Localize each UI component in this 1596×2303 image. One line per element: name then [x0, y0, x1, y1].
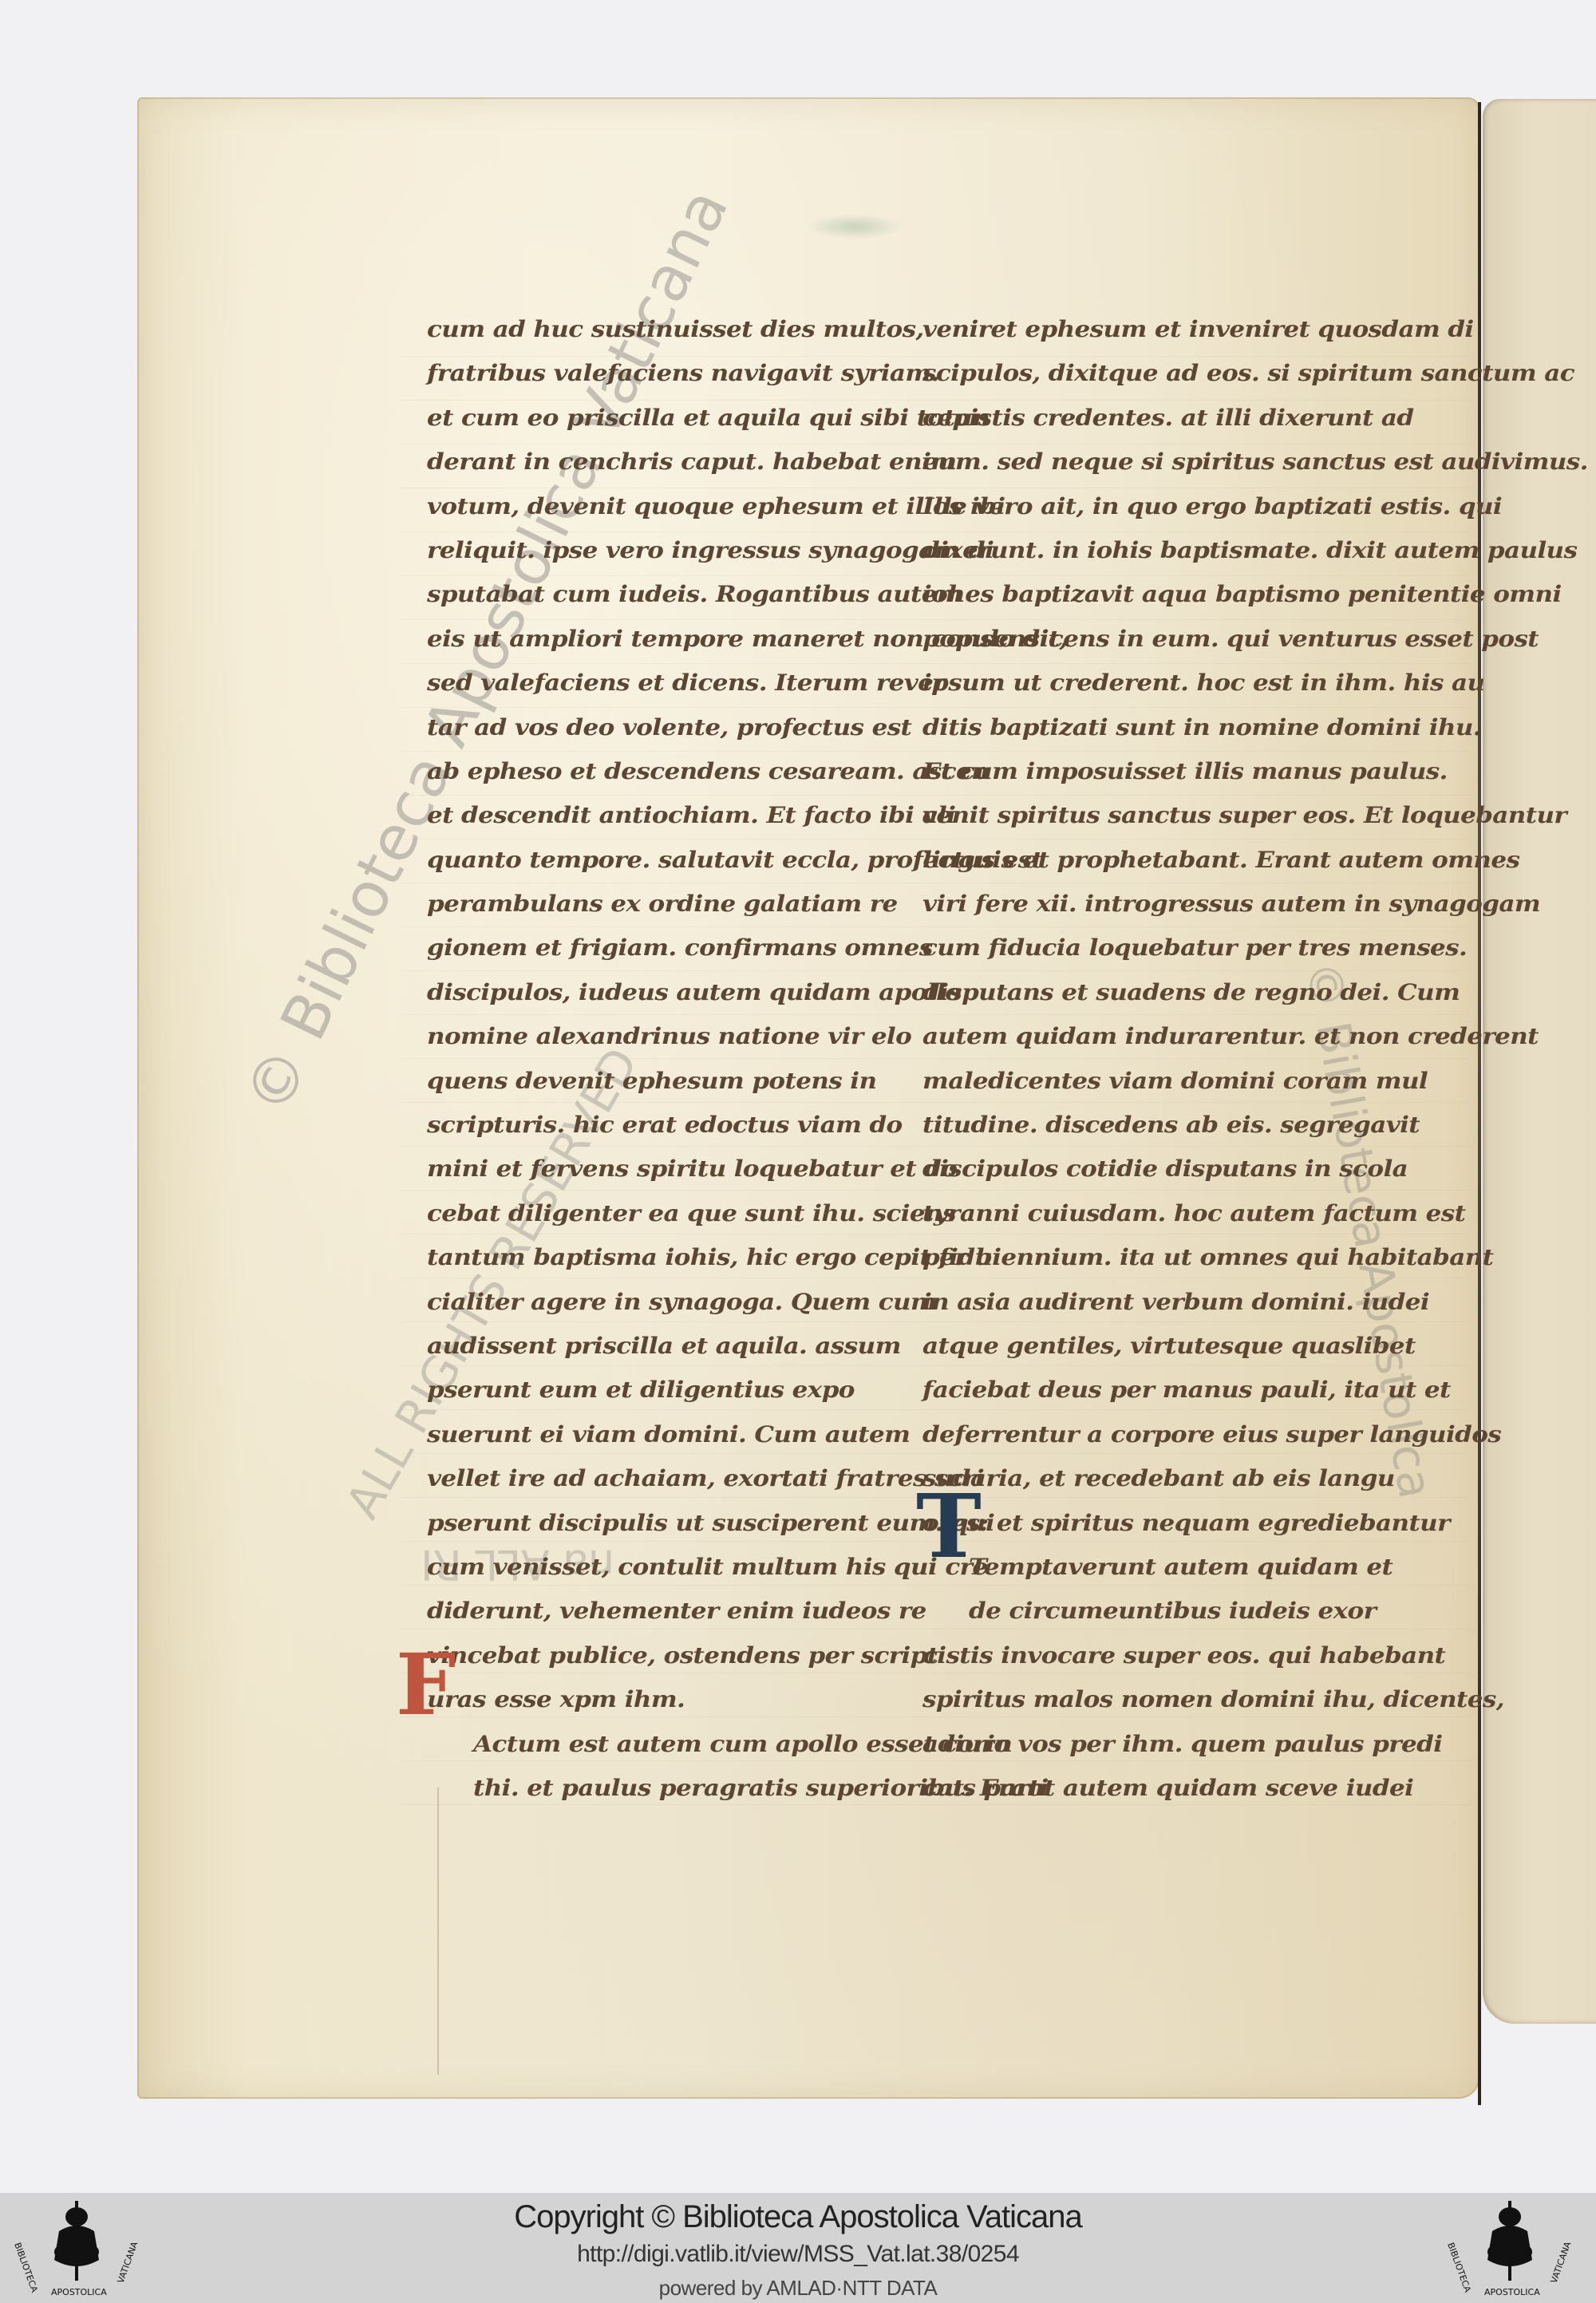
- text-line: adiuro vos per ihm. quem paulus predi: [922, 1724, 1393, 1764]
- decorated-initial-blue: T: [916, 1483, 982, 1570]
- text-line: eis ut ampliori tempore maneret non cons…: [427, 620, 898, 660]
- text-line: vellet ire ad achaiam, exortati fratres …: [427, 1460, 898, 1499]
- text-line: ditis baptizati sunt in nomine domini ih…: [922, 708, 1393, 748]
- text-line: diderunt, vehementer enim iudeos re: [427, 1592, 898, 1632]
- text-line: Actum est autem cum apollo esset corin: [427, 1724, 898, 1764]
- text-line: cat. Erant autem quidam sceve iudei: [922, 1769, 1393, 1809]
- text-line: fratribus valefaciens navigavit syriam.: [427, 354, 898, 394]
- text-line: vincebat publice, ostendens per script: [427, 1636, 898, 1676]
- text-line: spiritus malos nomen domini ihu, dicente…: [922, 1681, 1393, 1720]
- binding-gutter: [1478, 102, 1481, 2105]
- text-line: tar ad vos deo volente, profectus est: [427, 708, 898, 748]
- text-line: cum fiducia loquebatur per tres menses.: [922, 929, 1393, 969]
- permalink-url[interactable]: http://digi.vatlib.it/view/MSS_Vat.lat.3…: [0, 2241, 1596, 2268]
- text-line: scipulos, dixitque ad eos. si spiritum s…: [922, 354, 1393, 394]
- margin-ruling: [437, 1787, 439, 2075]
- manuscript-viewer: © Biblioteca Apostolica Vaticana ALL RIG…: [0, 0, 1596, 2193]
- text-line: suerunt ei viam domini. Cum autem: [427, 1416, 898, 1456]
- text-line: uras esse xpm ihm.: [427, 1681, 898, 1720]
- text-line: faciebat deus per manus pauli, ita ut et: [922, 1371, 1393, 1411]
- text-line: sed valefaciens et dicens. Iterum rever: [427, 664, 898, 704]
- text-line: viri fere xii. introgressus autem in syn…: [922, 885, 1393, 925]
- decorated-initial-red: F: [396, 1642, 456, 1727]
- text-line: scripturis. hic erat edoctus viam do: [427, 1106, 898, 1146]
- text-line: dixerunt. in iohis baptismate. dixit aut…: [922, 531, 1393, 571]
- text-line: in asia audirent verbum domini. iudei: [922, 1282, 1393, 1322]
- text-line: et cum eo priscilla et aquila qui sibi t…: [427, 399, 898, 439]
- text-line: nomine alexandrinus natione vir elo: [427, 1017, 898, 1057]
- text-line: cum ad huc sustinuisset dies multos,: [427, 310, 898, 350]
- faded-shelfmark: [806, 214, 902, 239]
- text-line: pserunt discipulis ut susciperent eum. q…: [427, 1503, 898, 1543]
- text-line: eum. sed neque si spiritus sanctus est a…: [922, 443, 1393, 483]
- powered-by-text: powered by AMLAD·NTT DATA: [0, 2276, 1596, 2301]
- text-line: cebat diligenter ea que sunt ihu. sciens: [427, 1195, 898, 1234]
- copyright-text: Copyright © Biblioteca Apostolica Vatica…: [0, 2199, 1596, 2235]
- text-line: Temptaverunt autem quidam et: [922, 1548, 1393, 1588]
- text-line: ipsum ut crederent. hoc est in ihm. his …: [922, 664, 1393, 704]
- text-line: quens devenit ephesum potens in: [427, 1061, 898, 1101]
- next-folio-edge: [1483, 99, 1596, 2024]
- text-line: cepistis credentes. at illi dixerunt ad: [922, 399, 1393, 439]
- text-line: disputans et suadens de regno dei. Cum: [922, 974, 1393, 1013]
- text-line: populo dicens in eum. qui venturus esset…: [922, 620, 1393, 660]
- text-line: autem quidam indurarentur. et non creder…: [922, 1017, 1393, 1057]
- text-line: perambulans ex ordine galatiam re: [427, 885, 898, 925]
- text-line: pserunt eum et diligentius expo: [427, 1371, 898, 1411]
- text-line: cistis invocare super eos. qui habebant: [922, 1636, 1393, 1676]
- copyright-footer: BIBLIOTECA APOSTOLICA VATICANA Copyright…: [0, 2193, 1596, 2303]
- text-line: veniret ephesum et inveniret quosdam di: [922, 310, 1393, 350]
- text-line: per biennium. ita ut omnes qui habitaban…: [922, 1238, 1393, 1278]
- text-line: discipulos, iudeus autem quidam apollo: [427, 974, 898, 1013]
- text-line: cialiter agere in synagoga. Quem cum: [427, 1282, 898, 1322]
- text-line: deferrentur a corpore eius super languid…: [922, 1416, 1393, 1456]
- text-line: et descendit antiochiam. Et facto ibi al…: [427, 796, 898, 836]
- vatican-library-logo-icon: BIBLIOTECA APOSTOLICA VATICANA: [1436, 2196, 1588, 2300]
- text-line: de circumeuntibus iudeis exor: [922, 1592, 1393, 1632]
- text-line: reliquit. ipse vero ingressus synagogam …: [427, 531, 898, 571]
- text-line: thi. et paulus peragratis superioribus p…: [427, 1769, 898, 1809]
- text-line: Ille vero ait, in quo ergo baptizati est…: [922, 487, 1393, 527]
- text-line: Et cum imposuisset illis manus paulus.: [922, 753, 1393, 792]
- text-line: sudaria, et recedebant ab eis langu: [922, 1460, 1393, 1499]
- text-line: gionem et frigiam. confirmans omnes: [427, 929, 898, 969]
- text-column-right: veniret ephesum et inveniret quosdam di …: [922, 308, 1393, 1811]
- text-line: atque gentiles, virtutesque quaslibet: [922, 1327, 1393, 1367]
- text-line: discipulos cotidie disputans in scola: [922, 1150, 1393, 1190]
- text-line: quanto tempore. salutavit eccla, profect…: [427, 840, 898, 880]
- text-column-left: cum ad huc sustinuisset dies multos, fra…: [427, 308, 898, 1811]
- text-line: sputabat cum iudeis. Rogantibus autem: [427, 575, 898, 615]
- text-line: titudine. discedens ab eis. segregavit: [922, 1106, 1393, 1146]
- text-line: venit spiritus sanctus super eos. Et loq…: [922, 796, 1393, 836]
- text-line: cum venisset, contulit multum his qui cr…: [427, 1548, 898, 1588]
- text-line: linguis et prophetabant. Erant autem omn…: [922, 840, 1393, 880]
- svg-text:BIBLIOTECA: BIBLIOTECA: [1445, 2242, 1473, 2294]
- text-line: audissent priscilla et aquila. assum: [427, 1327, 898, 1367]
- text-line: votum, devenit quoque ephesum et illos i…: [427, 487, 898, 527]
- text-line: derant in cenchris caput. habebat enim: [427, 443, 898, 483]
- text-line: tantum baptisma iohis, hic ergo cepit fi…: [427, 1238, 898, 1278]
- text-line: maledicentes viam domini coram mul: [922, 1061, 1393, 1101]
- svg-text:VATICANA: VATICANA: [1549, 2240, 1574, 2285]
- text-line: tyranni cuiusdam. hoc autem factum est: [922, 1195, 1393, 1234]
- svg-text:APOSTOLICA: APOSTOLICA: [1484, 2287, 1540, 2297]
- text-line: ab epheso et descendens cesaream. ascen: [427, 753, 898, 792]
- text-line: iohes baptizavit aqua baptismo penitenti…: [922, 575, 1393, 615]
- text-line: mini et fervens spiritu loquebatur et do: [427, 1150, 898, 1190]
- text-line: ores: et spiritus nequam egrediebantur: [922, 1503, 1393, 1543]
